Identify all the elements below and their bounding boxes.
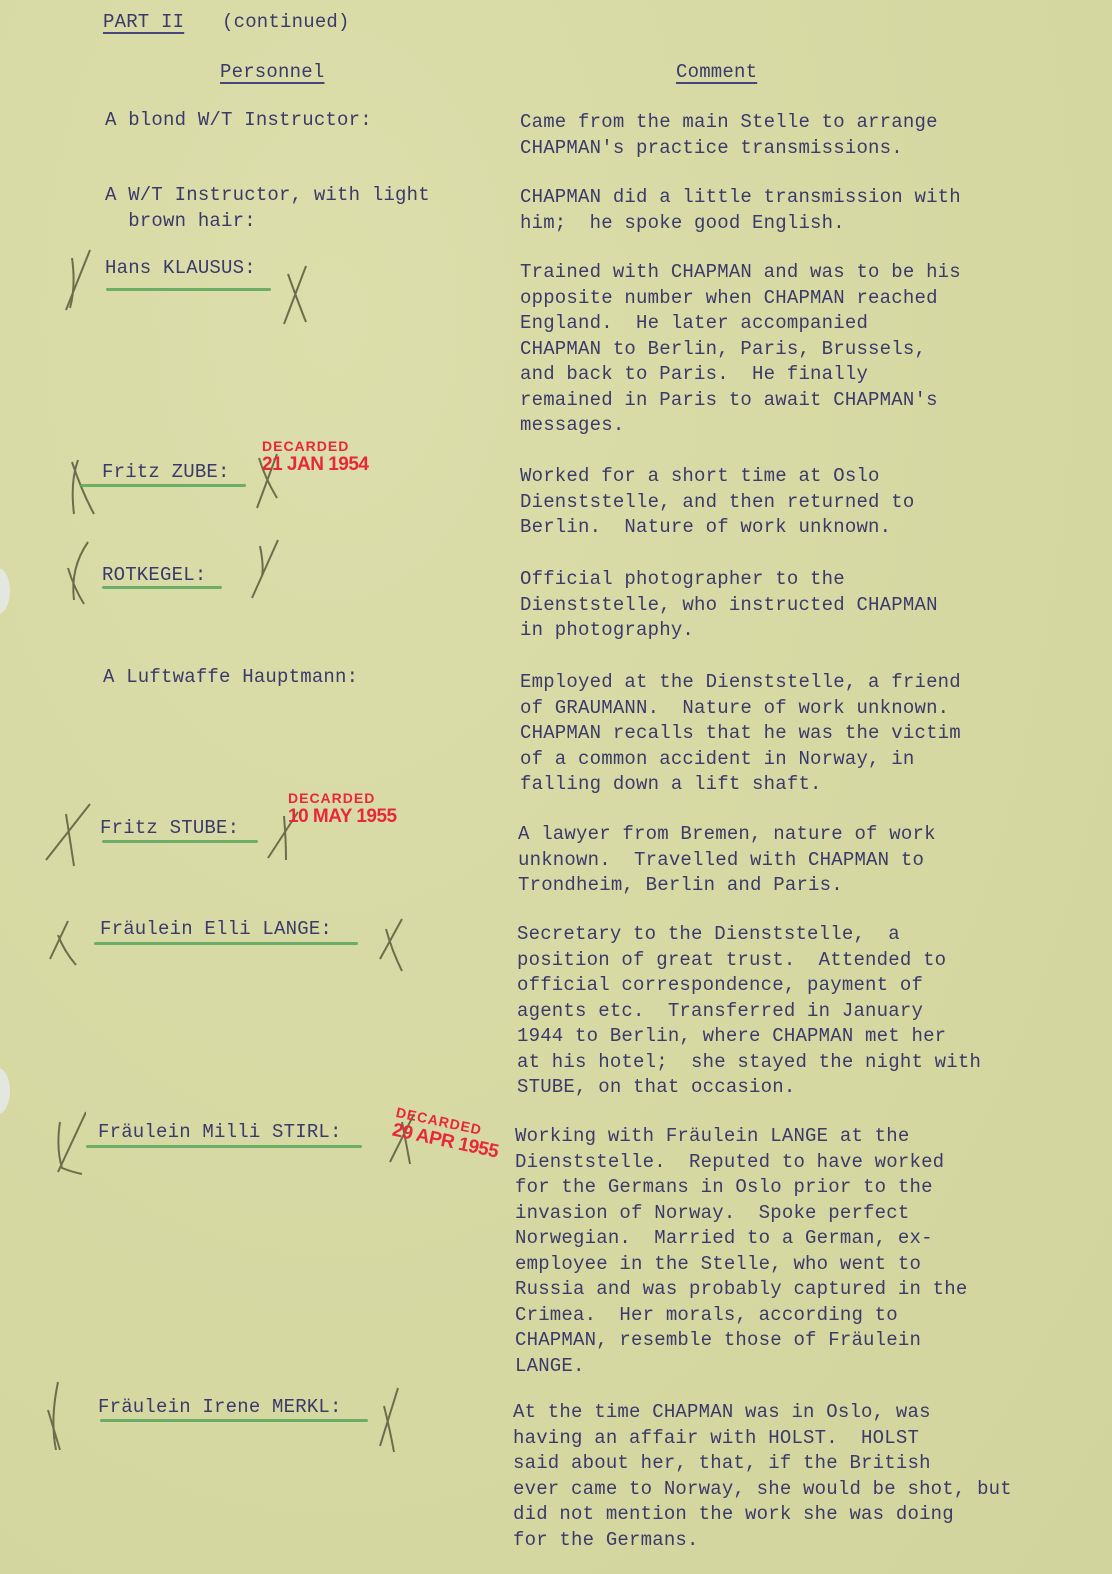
pencil-cross-mark-icon (248, 536, 282, 606)
personnel-comment: At the time CHAPMAN was in Oslo, was hav… (513, 1400, 1012, 1553)
green-underline (106, 288, 271, 291)
pencil-cross-mark-icon (378, 915, 412, 985)
personnel-name: ROTKEGEL: (102, 563, 206, 589)
column-header-personnel: Personnel (220, 60, 324, 86)
personnel-name: A W/T Instructor, with light brown hair: (105, 183, 430, 234)
pencil-cross-mark-icon (68, 452, 102, 522)
pencil-cross-mark-icon (44, 800, 94, 870)
personnel-comment: Worked for a short time at Oslo Dienstst… (520, 464, 914, 541)
continued-label: (continued) (222, 10, 350, 36)
pencil-cross-mark-icon (48, 915, 82, 985)
green-underline (102, 840, 258, 843)
personnel-comment: Working with Fräulein LANGE at the Diens… (515, 1124, 967, 1379)
stamp-label: DECARDED (288, 790, 397, 806)
green-underline (100, 1419, 368, 1422)
green-underline (94, 942, 358, 945)
stamp-label: DECARDED (262, 438, 368, 454)
pencil-cross-mark-icon (376, 1386, 410, 1456)
personnel-comment: Employed at the Dienststelle, a friend o… (520, 670, 961, 798)
part-heading: PART II (103, 10, 184, 36)
personnel-name: Hans KLAUSUS: (105, 256, 256, 282)
personnel-name: Fräulein Elli LANGE: (100, 917, 332, 943)
personnel-name: A Luftwaffe Hauptmann: (103, 665, 358, 691)
personnel-comment: Trained with CHAPMAN and was to be his o… (520, 260, 961, 439)
decarded-stamp: DECARDED 10 MAY 1955 (288, 790, 397, 828)
green-underline (80, 484, 246, 487)
personnel-comment: CHAPMAN did a little transmission with h… (520, 185, 961, 236)
punch-hole (0, 568, 10, 614)
decarded-stamp: DECARDED 21 JAN 1954 (262, 438, 368, 476)
personnel-name: Fritz ZUBE: (102, 460, 230, 486)
stamp-date: 21 JAN 1954 (262, 454, 368, 476)
personnel-name: Fräulein Irene MERKL: (98, 1395, 342, 1421)
personnel-comment: A lawyer from Bremen, nature of work unk… (518, 822, 936, 899)
green-underline (102, 586, 222, 589)
column-header-comment: Comment (676, 60, 757, 86)
personnel-comment: Secretary to the Dienststelle, a positio… (517, 922, 981, 1101)
stamp-date: 10 MAY 1955 (288, 806, 397, 828)
personnel-comment: Official photographer to the Dienststell… (520, 567, 938, 644)
punch-hole (0, 1068, 10, 1114)
personnel-name: Fräulein Milli STIRL: (98, 1120, 342, 1146)
personnel-name: Fritz STUBE: (100, 816, 239, 842)
pencil-cross-mark-icon (62, 538, 96, 608)
personnel-name: A blond W/T Instructor: (105, 108, 372, 134)
pencil-cross-mark-icon (44, 1380, 78, 1450)
pencil-cross-mark-icon (52, 1108, 86, 1178)
personnel-comment: Came from the main Stelle to arrange CHA… (520, 110, 938, 161)
green-underline (86, 1145, 362, 1148)
pencil-cross-mark-icon (280, 262, 314, 332)
pencil-cross-mark-icon (62, 246, 96, 316)
